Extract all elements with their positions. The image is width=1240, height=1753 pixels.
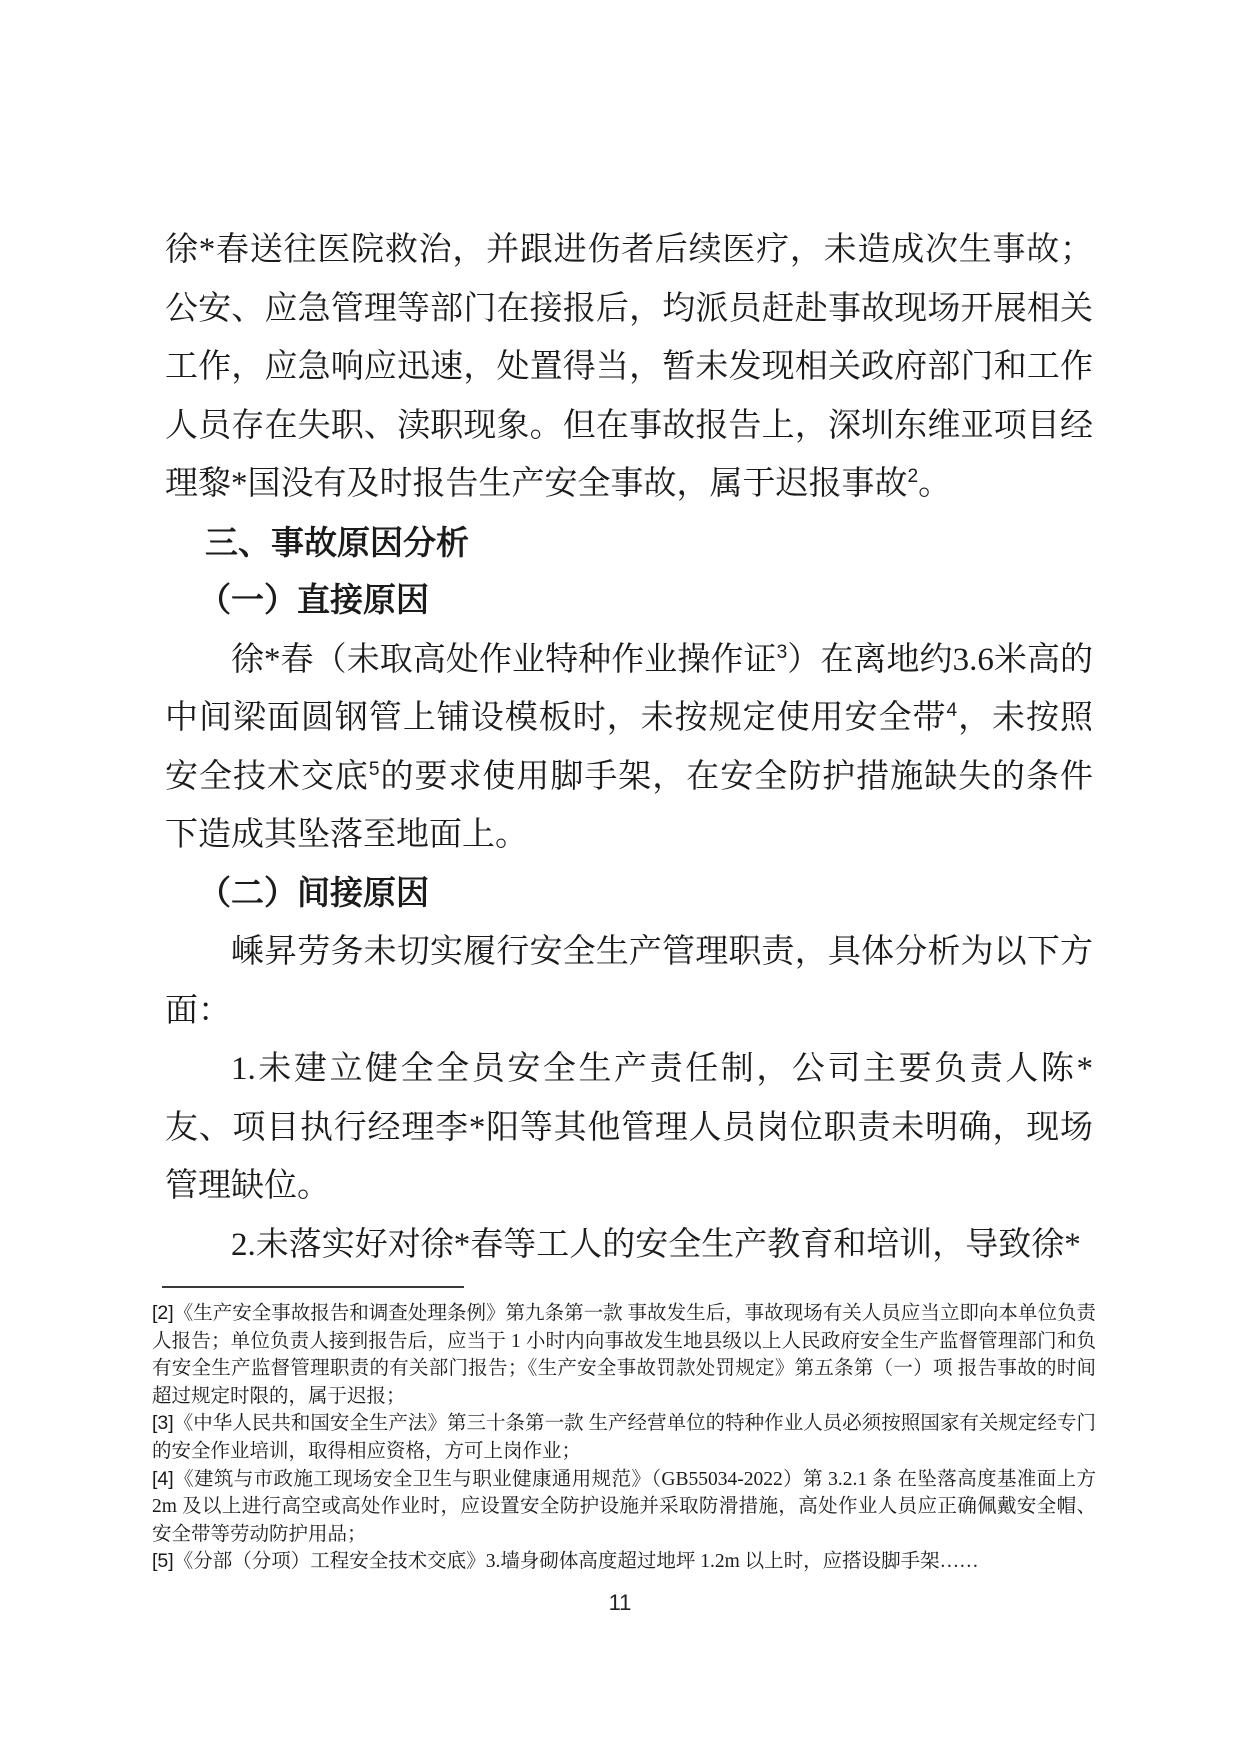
document-body: 徐*春送往医院救治，并跟进伤者后续医疗，未造成次生事故；公安、应急管理等部门在接…: [165, 221, 1093, 1274]
footnote-item: [4]《建筑与市政施工现场安全卫生与职业健康通用规范》（GB55034-2022…: [152, 1466, 1096, 1549]
section-heading: 三、事故原因分析: [165, 514, 1093, 573]
footnote-ref: 5: [369, 759, 380, 780]
footnote-ref: 4: [946, 700, 957, 721]
paragraph-direct-cause: 徐*春（未取高处作业特种作业操作证3）在离地约3.6米高的中间梁面圆钢管上铺设模…: [165, 631, 1093, 865]
footnote-marker: [5]: [152, 1550, 174, 1572]
paragraph-continuation: 徐*春送往医院救治，并跟进伤者后续医疗，未造成次生事故；公安、应急管理等部门在接…: [165, 221, 1093, 514]
subsection-heading-direct-cause: （一）直接原因: [165, 572, 1093, 631]
subsection-heading-indirect-cause: （二）间接原因: [165, 865, 1093, 924]
footnotes-section: [2]《生产安全事故报告和调查处理条例》第九条第一款 事故发生后，事故现场有关人…: [152, 1286, 1096, 1576]
paragraph-indirect-cause-1: 1.未建立健全全员安全生产责任制，公司主要负责人陈*友、项目执行经理李*阳等其他…: [165, 1040, 1093, 1216]
footnote-item: [3]《中华人民共和国安全生产法》第三十条第一款 生产经营单位的特种作业人员必须…: [152, 1410, 1096, 1465]
paragraph-indirect-cause-intro: 嵊昇劳务未切实履行安全生产管理职责，具体分析为以下方面：: [165, 923, 1093, 1040]
footnote-marker: [4]: [152, 1468, 174, 1490]
paragraph-indirect-cause-2: 2.未落实好对徐*春等工人的安全生产教育和培训，导致徐*: [165, 1216, 1093, 1275]
document-page: 徐*春送往医院救治，并跟进伤者后续医疗，未造成次生事故；公安、应急管理等部门在接…: [0, 0, 1240, 1753]
footnote-ref: 3: [777, 642, 788, 663]
footnote-separator: [162, 1286, 464, 1288]
footnote-item: [2]《生产安全事故报告和调查处理条例》第九条第一款 事故发生后，事故现场有关人…: [152, 1300, 1096, 1410]
footnote-marker: [2]: [152, 1302, 174, 1324]
footnote-item: [5]《分部（分项）工程安全技术交底》3.墙身砌体高度超过地坪 1.2m 以上时…: [152, 1548, 1096, 1576]
footnotes-list: [2]《生产安全事故报告和调查处理条例》第九条第一款 事故发生后，事故现场有关人…: [152, 1300, 1096, 1576]
page-number: 11: [0, 1590, 1240, 1616]
footnote-marker: [3]: [152, 1412, 174, 1434]
footnote-ref: 2: [908, 466, 919, 487]
